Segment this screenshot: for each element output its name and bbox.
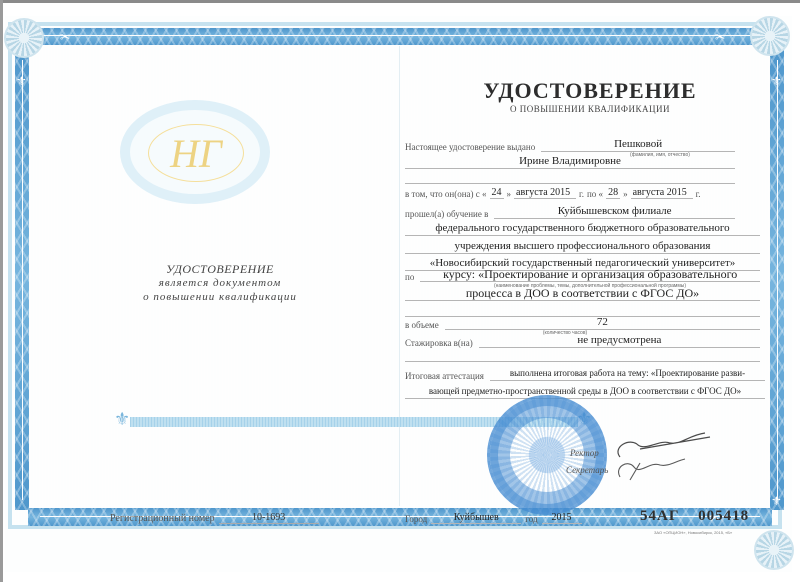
- left-page-title: УДОСТОВЕРЕНИЕ: [80, 262, 360, 276]
- serial-number: 54АГ 005418: [640, 508, 749, 525]
- fleur-icon: ✂: [60, 31, 70, 43]
- attestation-row: Итоговая аттестация выполнена итоговая р…: [405, 367, 765, 381]
- printer-note: ЗАО «ОПЦИОН», Новосибирск, 2015, «Б»: [654, 530, 732, 535]
- year-suffix: г.: [696, 189, 701, 199]
- city-year-row: Город Куйбышев год 2015: [405, 512, 582, 524]
- city-label: Город: [405, 514, 427, 524]
- registration-number-row: Регистрационный номер 10-1693: [110, 512, 319, 524]
- volume-row: в объеме 72: [405, 316, 760, 330]
- scan-edge-left: [0, 0, 3, 582]
- year-value: 2015: [542, 512, 582, 524]
- internship-value: не предусмотрена: [479, 334, 760, 348]
- secretary-label: Секретарь: [566, 465, 608, 475]
- registration-label: Регистрационный номер: [110, 513, 215, 524]
- internship-label: Стажировка в(на): [405, 338, 473, 348]
- period-to: по «: [587, 189, 603, 199]
- left-page-subtitle-2: о повышении квалификации: [80, 290, 360, 304]
- name-value: Ирине Владимировне: [405, 155, 735, 169]
- period-prefix: в том, что он(она) с «: [405, 189, 487, 199]
- institution-row: прошел(а) обучение в Куйбышевском филиал…: [405, 205, 735, 219]
- attestation-line-1: выполнена итоговая работа на тему: «Прое…: [490, 367, 765, 381]
- registration-value: 10-1693: [219, 512, 319, 524]
- corner-rosette-top-right: [750, 16, 790, 56]
- institution-label: прошел(а) обучение в: [405, 209, 488, 219]
- quote-close: »: [623, 189, 628, 199]
- internship-row: Стажировка в(на) не предусмотрена: [405, 334, 760, 348]
- issued-to-row: Настоящее удостоверение выдано Пешковой: [405, 138, 735, 152]
- blank-line: [405, 350, 760, 362]
- certificate-subtitle: О ПОВЫШЕНИИ КВАЛИФИКАЦИИ: [400, 104, 780, 114]
- quote-close: »: [507, 189, 512, 199]
- left-page-subtitle-1: является документом: [80, 276, 360, 290]
- corner-rosette-bottom-right: [754, 530, 794, 570]
- secretary-signature: [610, 455, 690, 485]
- university-emblem: НГ: [120, 100, 270, 204]
- institution-line-2: федерального государственного бюджетного…: [405, 222, 760, 236]
- volume-value: 72: [445, 316, 760, 330]
- year-label: год: [525, 514, 537, 524]
- center-fold: [399, 46, 400, 506]
- end-month-year: августа 2015: [631, 187, 693, 199]
- rector-label: Ректор: [570, 448, 599, 458]
- fleur-icon: ✂: [715, 31, 725, 43]
- attestation-label: Итоговая аттестация: [405, 371, 484, 381]
- course-line-1: курсу: «Проектирование и организация обр…: [420, 268, 760, 282]
- emblem-monogram: НГ: [148, 124, 244, 182]
- volume-label: в объеме: [405, 320, 439, 330]
- scan-edge-top: [0, 0, 800, 3]
- issued-to-label: Настоящее удостоверение выдано: [405, 142, 535, 152]
- corner-rosette-top-left: [4, 18, 44, 58]
- surname-value: Пешковой: [541, 138, 735, 152]
- course-label: по: [405, 272, 414, 282]
- year-suffix: г.: [579, 189, 584, 199]
- start-day: 24: [490, 187, 504, 199]
- blank-line: [405, 172, 735, 184]
- serial-digits: 005418: [698, 508, 749, 524]
- left-page-title-block: УДОСТОВЕРЕНИЕ является документом о повы…: [80, 262, 360, 304]
- fleur-icon: ⚜: [16, 75, 27, 87]
- end-day: 28: [606, 187, 620, 199]
- institution-line-3: учреждения высшего профессионального обр…: [405, 240, 760, 254]
- serial-series: 54АГ: [640, 508, 679, 524]
- institution-line-1: Куйбышевском филиале: [494, 205, 735, 219]
- fleur-icon: ⚜: [771, 495, 782, 507]
- course-line-2: процесса в ДОО в соответствии с ФГОС ДО»: [405, 287, 760, 301]
- course-row: по курсу: «Проектирование и организация …: [405, 268, 760, 282]
- border-inner-line-left: [22, 60, 23, 500]
- border-band-top: [28, 28, 772, 45]
- start-month-year: августа 2015: [514, 187, 576, 199]
- border-inner-line-top: [40, 35, 760, 36]
- city-value: Куйбышев: [431, 512, 521, 524]
- certificate-title: УДОСТОВЕРЕНИЕ: [400, 78, 780, 104]
- border-inner-line-right: [777, 60, 778, 500]
- training-period-row: в том, что он(она) с « 24 » августа 2015…: [405, 187, 777, 199]
- fleur-left-icon: ⚜: [114, 411, 130, 429]
- attestation-line-2: вающей предметно-пространственной среды …: [405, 385, 765, 399]
